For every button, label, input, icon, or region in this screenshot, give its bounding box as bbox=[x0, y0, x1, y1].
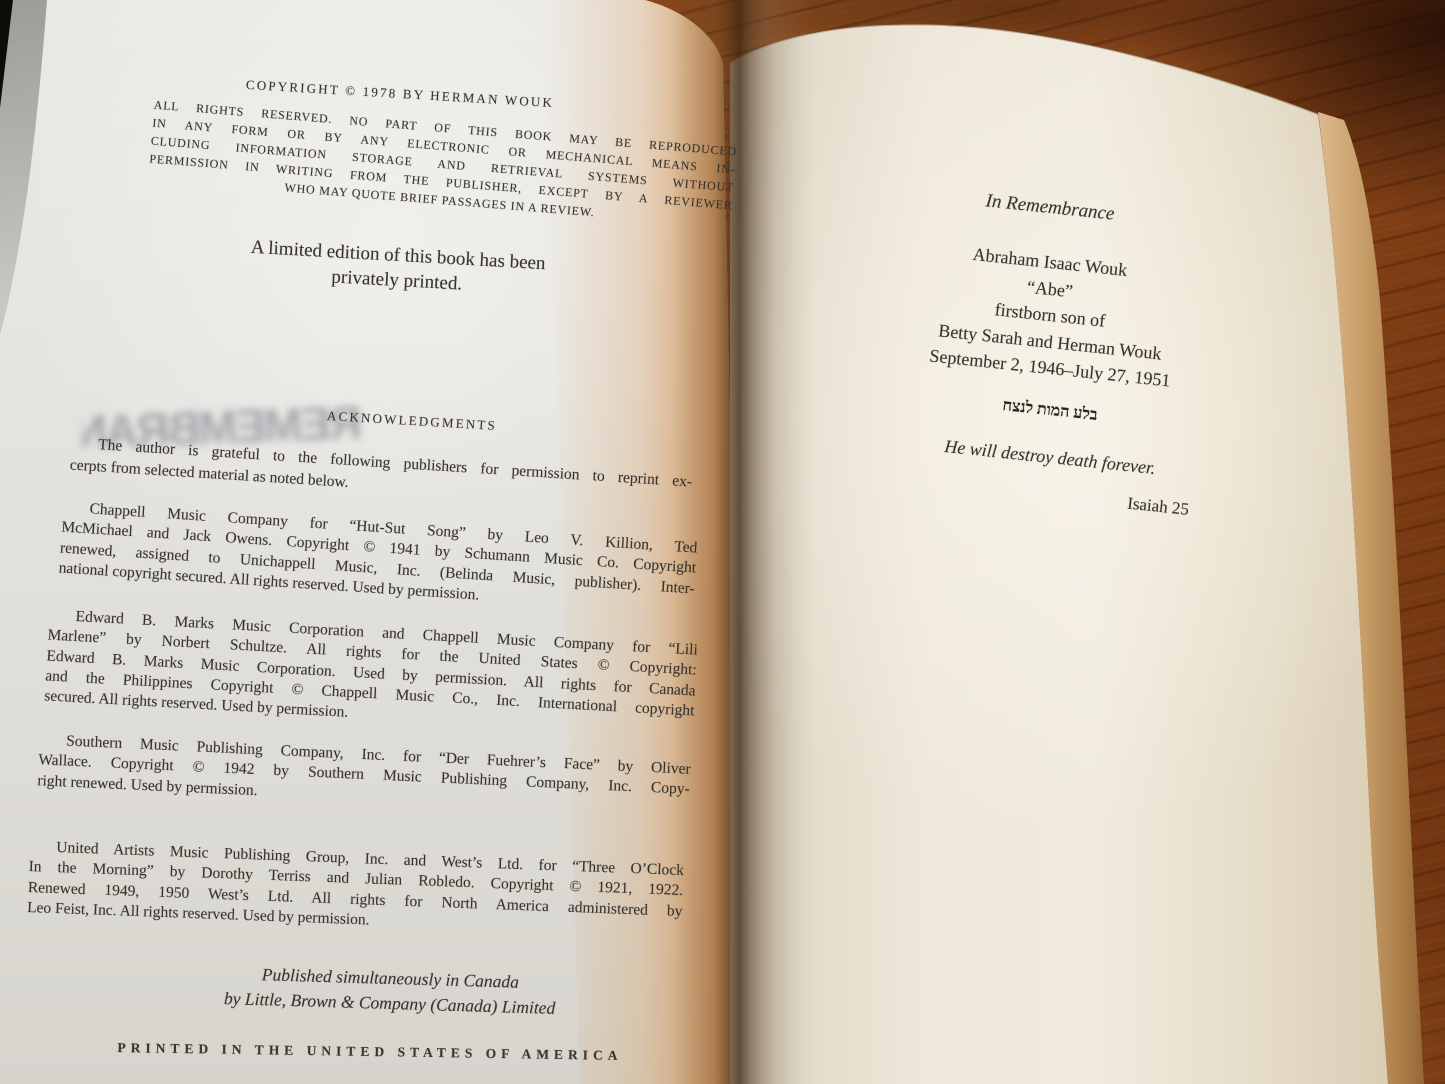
book-photo: REMEMBRANCE COPYRIGHT © 1978 BY HERMAN W… bbox=[0, 0, 1445, 1084]
dedication-heading: In Remembrance bbox=[770, 197, 1330, 219]
verse-source: Isaiah 25 bbox=[770, 478, 1190, 498]
hebrew-verse: בלע המות לנצח bbox=[770, 402, 1330, 420]
dedication-block: Abraham Isaac Wouk “Abe” firstborn son o… bbox=[770, 249, 1330, 382]
